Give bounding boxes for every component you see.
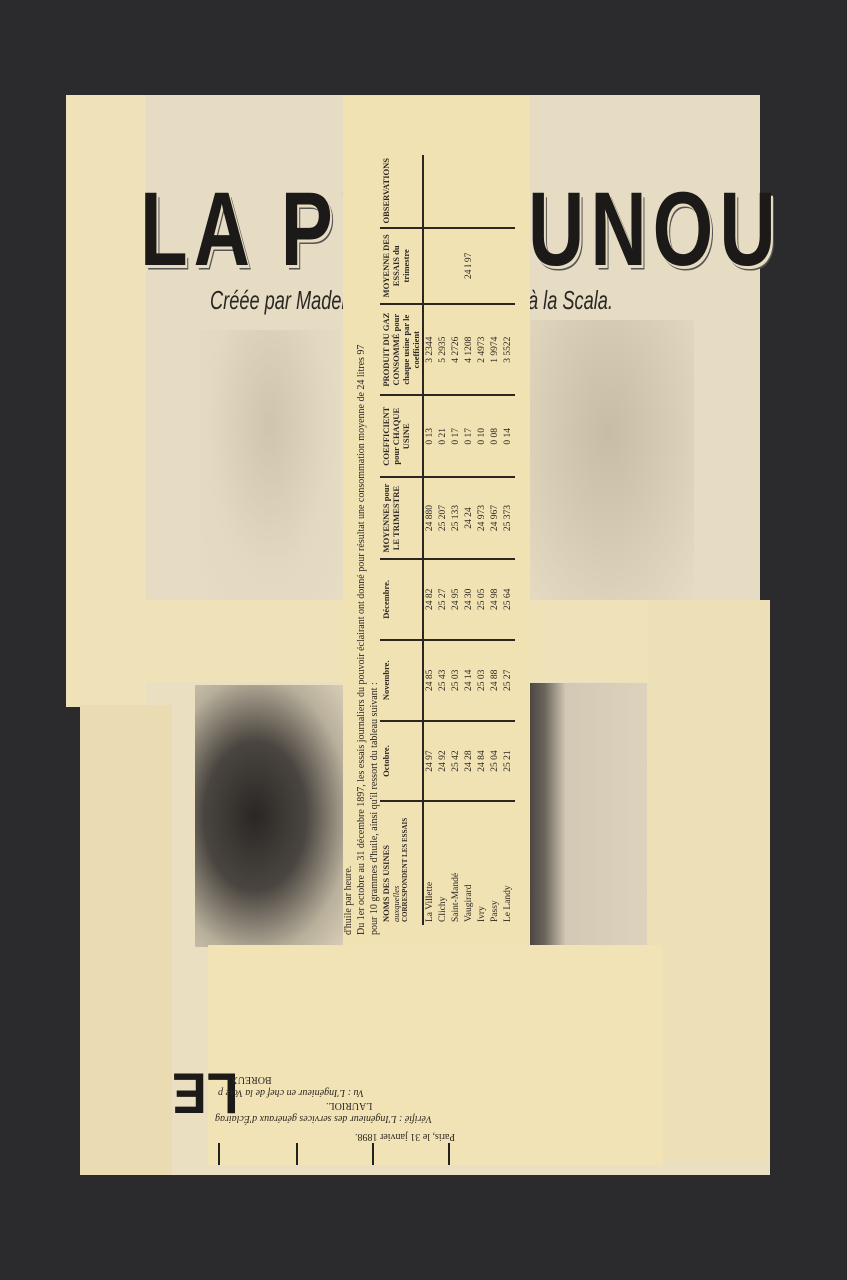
illustration-group-left bbox=[200, 330, 340, 600]
table-row: La Villette24 9724 8524 8224 8800 133 23… bbox=[423, 155, 437, 925]
intro-line-1: Du 1er octobre au 31 décembre 1897, les … bbox=[356, 345, 367, 935]
col-coefficient: COEFFICIENT pour CHAQUE USINE bbox=[380, 395, 423, 477]
footer-vu: Vu : L'Ingénieur en chef de la Voie p bbox=[218, 1087, 364, 1098]
col-moyennes: MOYENNES pour LE TRIMESTRE bbox=[380, 477, 423, 559]
rule-tick bbox=[372, 1143, 374, 1165]
tape-strip-left-lower bbox=[80, 705, 172, 1175]
col-produit: PRODUIT DU GAZ CONSOMMÉ pour chaque usin… bbox=[380, 304, 423, 395]
intro-line-2: pour 10 grammes d'huile, ainsi qu'il res… bbox=[369, 682, 380, 935]
footer-name1: LAURIOL. bbox=[326, 1100, 372, 1111]
col-moyenne-essais: MOYENNE DES ESSAIS du trimestre bbox=[380, 228, 423, 305]
rule-tick bbox=[296, 1143, 298, 1165]
moyenne-trimestre: 24 l 97 bbox=[423, 228, 515, 305]
col-observations: OBSERVATIONS bbox=[380, 155, 423, 228]
tape-band-right bbox=[648, 600, 770, 1160]
col-decembre: Décembre. bbox=[380, 559, 423, 640]
col-octobre: Octobre. bbox=[380, 721, 423, 802]
footer-date: Paris, le 31 janvier 1898. bbox=[355, 1131, 455, 1142]
intro-line-0: d'huile par heure. bbox=[343, 866, 354, 935]
col-novembre: Novembre. bbox=[380, 640, 423, 721]
footer-name2: BOREUX. bbox=[228, 1074, 272, 1085]
footer-verifie: Vérifié : L'Ingénieur des services génér… bbox=[215, 1113, 432, 1124]
rule-tick bbox=[218, 1143, 220, 1165]
col-usines: NOMS DES USINES auxquelles CORRESPONDENT… bbox=[380, 801, 423, 925]
rule-tick bbox=[448, 1143, 450, 1165]
gas-consumption-table: NOMS DES USINES auxquelles CORRESPONDENT… bbox=[380, 155, 555, 925]
poster-title-right: UNOU bbox=[528, 168, 782, 291]
illustration-forest bbox=[195, 685, 345, 947]
tape-strip-left bbox=[66, 95, 146, 707]
